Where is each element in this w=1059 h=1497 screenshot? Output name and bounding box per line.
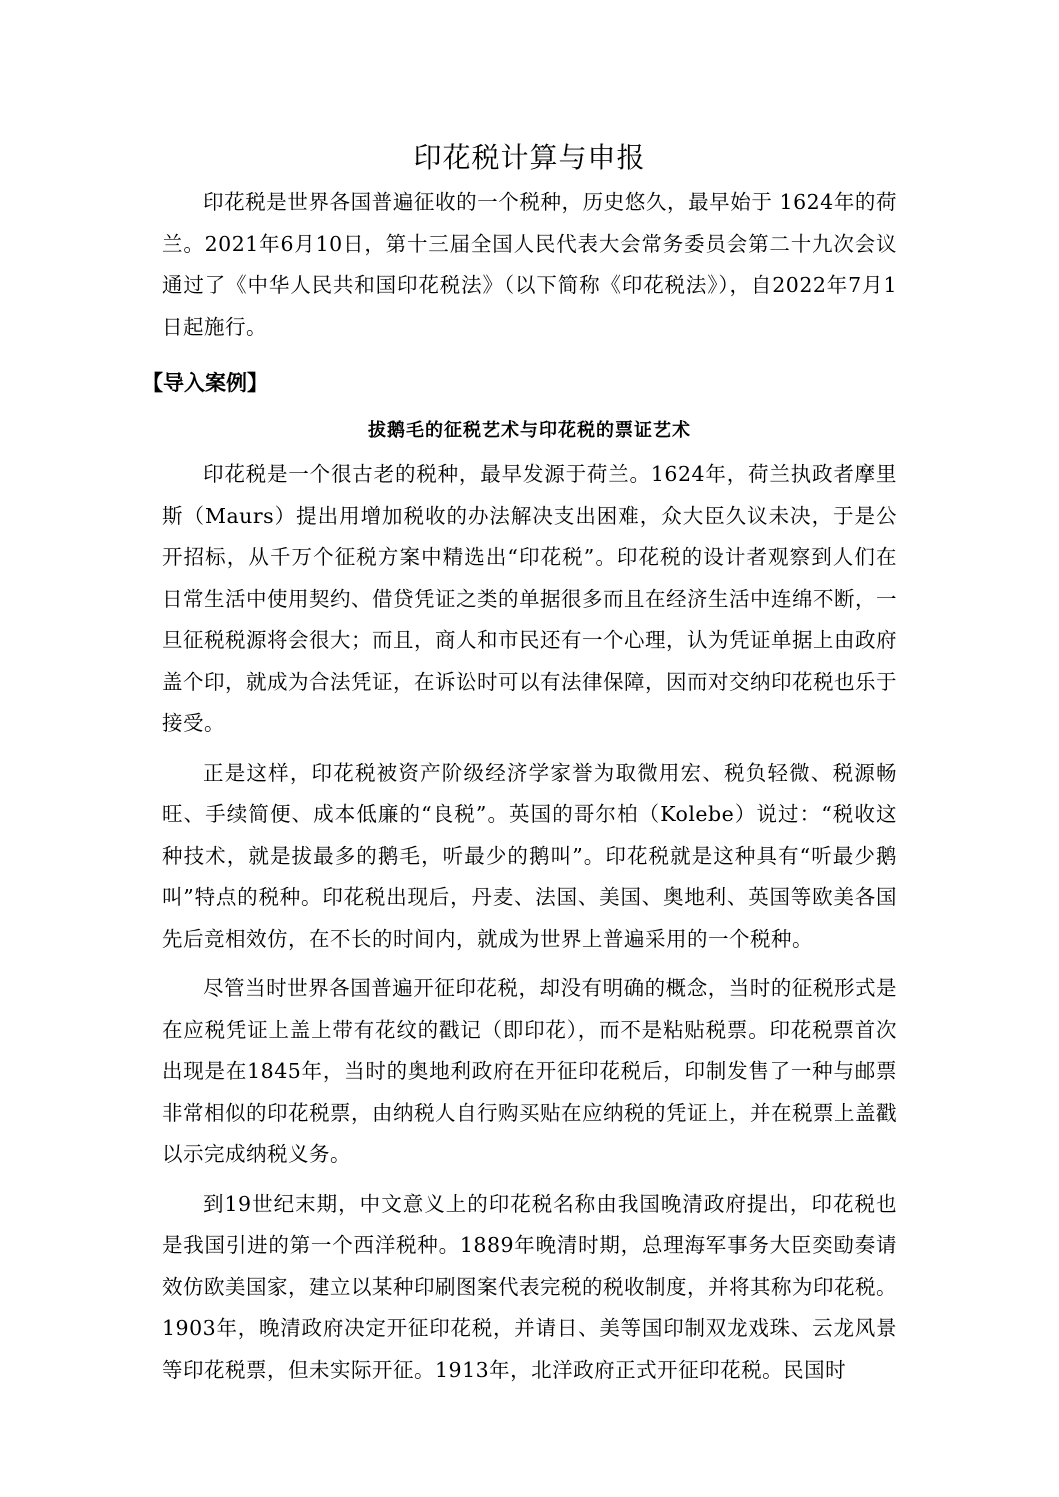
- case-body: 印花税是一个很古老的税种，最早发源于荷兰。1624年，荷兰执政者摩里斯（Maur…: [162, 454, 897, 1391]
- intro-section: 印花税是世界各国普遍征收的一个税种，历史悠久，最早始于 1624年的荷兰。202…: [162, 182, 897, 348]
- case-title: 拔鹅毛的征税艺术与印花税的票证艺术: [162, 416, 897, 446]
- document-title: 印花税计算与申报: [162, 138, 897, 178]
- case-paragraph: 到19世纪末期，中文意义上的印花税名称由我国晚清政府提出，印花税也是我国引进的第…: [162, 1184, 897, 1392]
- case-paragraph: 尽管当时世界各国普遍开征印花税，却没有明确的概念，当时的征税形式是在应税凭证上盖…: [162, 968, 897, 1176]
- case-paragraph: 正是这样，印花税被资产阶级经济学家誉为取微用宏、税负轻微、税源畅旺、手续简便、成…: [162, 753, 897, 961]
- intro-paragraph: 印花税是世界各国普遍征收的一个税种，历史悠久，最早始于 1624年的荷兰。202…: [162, 182, 897, 348]
- case-paragraph: 印花税是一个很古老的税种，最早发源于荷兰。1624年，荷兰执政者摩里斯（Maur…: [162, 454, 897, 745]
- section-heading: 【导入案例】: [142, 368, 897, 398]
- document-page: 印花税计算与申报 印花税是世界各国普遍征收的一个税种，历史悠久，最早始于 162…: [162, 138, 897, 1391]
